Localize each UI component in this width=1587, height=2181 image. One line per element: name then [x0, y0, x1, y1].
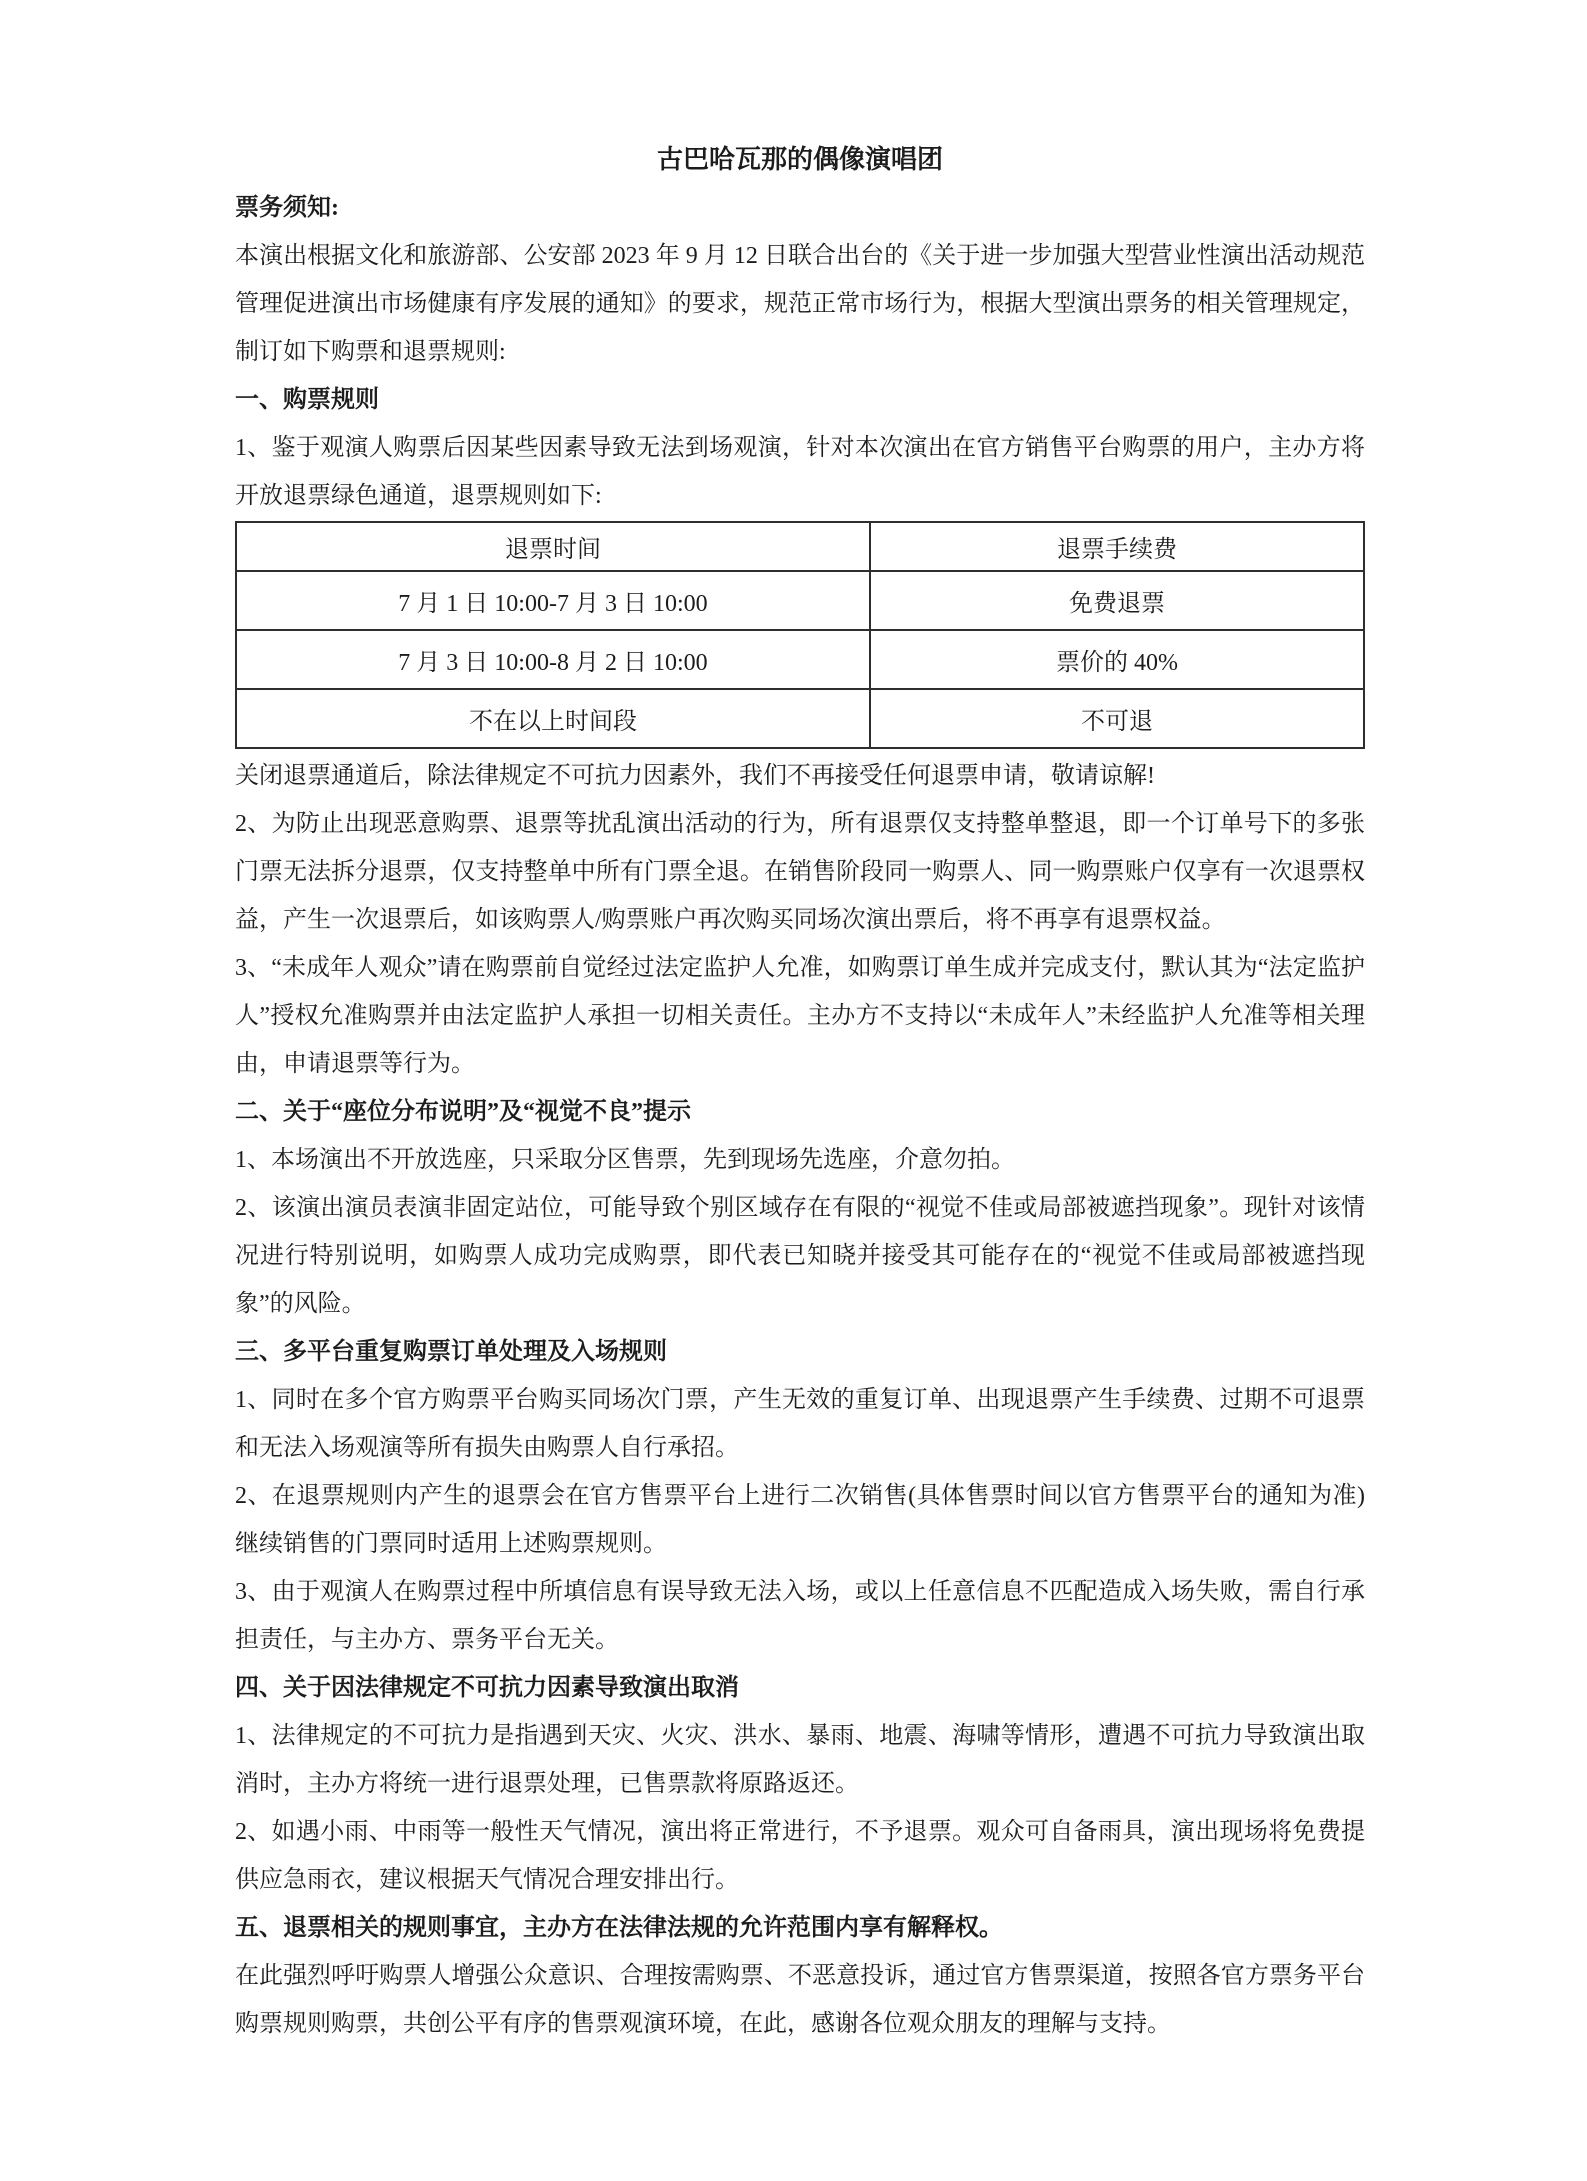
refund-time-cell: 7 月 1 日 10:00-7 月 3 日 10:00 — [236, 571, 870, 630]
section4-paragraph-1: 1、法律规定的不可抗力是指遇到天灾、火灾、洪水、暴雨、地震、海啸等情形，遭遇不可… — [235, 1712, 1365, 1808]
closing-paragraph: 在此强烈呼吁购票人增强公众意识、合理按需购票、不恶意投诉，通过官方售票渠道，按照… — [235, 1952, 1365, 2048]
section4-paragraph-2: 2、如遇小雨、中雨等一般性天气情况，演出将正常进行，不予退票。观众可自备雨具，演… — [235, 1808, 1365, 1904]
section3-heading: 三、多平台重复购票订单处理及入场规则 — [235, 1328, 1365, 1376]
refund-time-cell: 不在以上时间段 — [236, 689, 870, 748]
section2-paragraph-2: 2、该演出演员表演非固定站位，可能导致个别区域存在有限的“视觉不佳或局部被遮挡现… — [235, 1184, 1365, 1328]
section1-paragraph-2: 关闭退票通道后，除法律规定不可抗力因素外，我们不再接受任何退票申请，敬请谅解! — [235, 752, 1365, 800]
page-content: 古巴哈瓦那的偶像演唱团 票务须知: 本演出根据文化和旅游部、公安部 2023 年… — [235, 136, 1365, 2048]
section2-heading: 二、关于“座位分布说明”及“视觉不良”提示 — [235, 1088, 1365, 1136]
section1-paragraph-1: 1、鉴于观演人购票后因某些因素导致无法到场观演，针对本次演出在官方销售平台购票的… — [235, 424, 1365, 520]
intro-paragraph: 本演出根据文化和旅游部、公安部 2023 年 9 月 12 日联合出台的《关于进… — [235, 232, 1365, 376]
section4-heading: 四、关于因法律规定不可抗力因素导致演出取消 — [235, 1664, 1365, 1712]
refund-fee-header: 退票手续费 — [870, 522, 1364, 571]
table-row: 不在以上时间段 不可退 — [236, 689, 1364, 748]
section3-paragraph-3: 3、由于观演人在购票过程中所填信息有误导致无法入场，或以上任意信息不匹配造成入场… — [235, 1568, 1365, 1664]
document-page: { "doc": { "title": "古巴哈瓦那的偶像演唱团", "noti… — [0, 0, 1587, 2181]
section1-paragraph-4: 3、“未成年人观众”请在购票前自觉经过法定监护人允准，如购票订单生成并完成支付，… — [235, 944, 1365, 1088]
refund-rules-table: 退票时间 退票手续费 7 月 1 日 10:00-7 月 3 日 10:00 免… — [235, 521, 1365, 749]
refund-fee-cell: 票价的 40% — [870, 630, 1364, 689]
table-row: 7 月 1 日 10:00-7 月 3 日 10:00 免费退票 — [236, 571, 1364, 630]
refund-fee-cell: 免费退票 — [870, 571, 1364, 630]
refund-time-header: 退票时间 — [236, 522, 870, 571]
section3-paragraph-2: 2、在退票规则内产生的退票会在官方售票平台上进行二次销售(具体售票时间以官方售票… — [235, 1472, 1365, 1568]
section1-heading: 一、购票规则 — [235, 376, 1365, 424]
section1-paragraph-3: 2、为防止出现恶意购票、退票等扰乱演出活动的行为，所有退票仅支持整单整退，即一个… — [235, 800, 1365, 944]
table-row: 7 月 3 日 10:00-8 月 2 日 10:00 票价的 40% — [236, 630, 1364, 689]
section3-paragraph-1: 1、同时在多个官方购票平台购买同场次门票，产生无效的重复订单、出现退票产生手续费… — [235, 1376, 1365, 1472]
refund-table-header-row: 退票时间 退票手续费 — [236, 522, 1364, 571]
section5-heading: 五、退票相关的规则事宜，主办方在法律法规的允许范围内享有解释权。 — [235, 1904, 1365, 1952]
page-title: 古巴哈瓦那的偶像演唱团 — [235, 136, 1365, 184]
refund-fee-cell: 不可退 — [870, 689, 1364, 748]
notice-label: 票务须知: — [235, 184, 1365, 232]
section2-paragraph-1: 1、本场演出不开放选座，只采取分区售票，先到现场先选座，介意勿拍。 — [235, 1136, 1365, 1184]
refund-time-cell: 7 月 3 日 10:00-8 月 2 日 10:00 — [236, 630, 870, 689]
